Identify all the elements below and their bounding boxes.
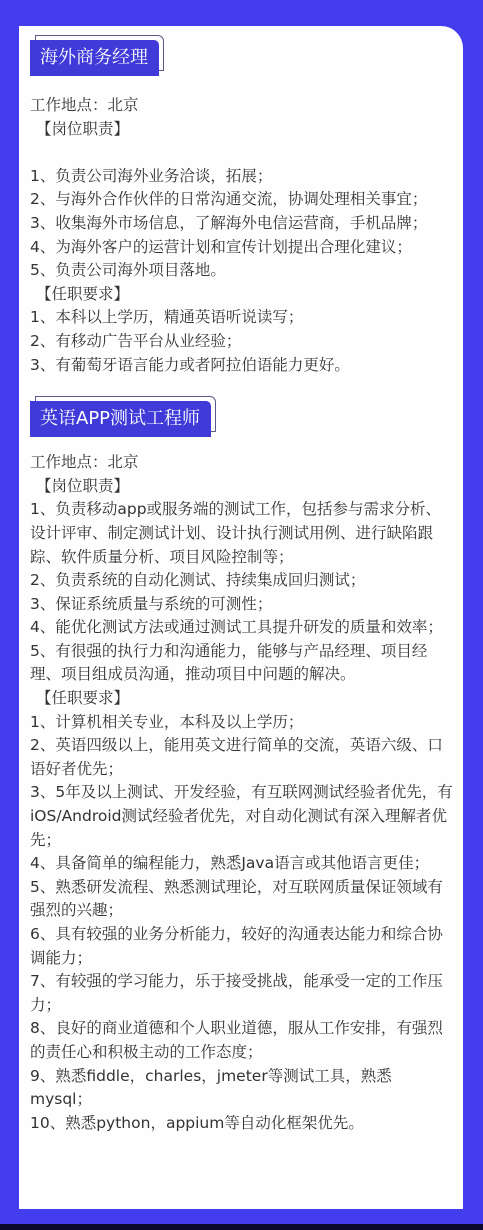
requirement-item: 4、具备简单的编程能力，熟悉Java语言或其他语言更佳； bbox=[30, 852, 453, 876]
duties-header: 【岗位职责】 bbox=[36, 475, 453, 499]
duty-item: 3、收集海外市场信息，了解海外电信运营商，手机品牌； bbox=[30, 212, 453, 236]
duty-item: 2、与海外合作伙伴的日常沟通交流，协调处理相关事宜； bbox=[30, 188, 453, 212]
duty-item: 1、负责移动app或服务端的测试工作，包括参与需求分析、设计评审、制定测试计划、… bbox=[30, 498, 453, 569]
job-description: 工作地点：北京 【岗位职责】 1、负责公司海外业务洽谈，拓展； 2、与海外合作伙… bbox=[30, 94, 453, 377]
requirements-header: 【任职要求】 bbox=[36, 283, 453, 307]
duty-item: 5、有很强的执行力和沟通能力，能够与产品经理、项目经理、项目组成员沟通，推动项目… bbox=[30, 640, 453, 687]
job-title: 海外商务经理 bbox=[30, 40, 159, 76]
job-title: 英语APP测试工程师 bbox=[30, 401, 211, 437]
bottom-edge-strip bbox=[0, 1224, 483, 1230]
location-label: 工作地点： bbox=[30, 96, 108, 114]
duty-item: 5、负责公司海外项目落地。 bbox=[30, 259, 453, 283]
duty-item: 4、为海外客户的运营计划和宣传计划提出合理化建议； bbox=[30, 236, 453, 260]
requirement-item: 3、5年及以上测试、开发经验，有互联网测试经验者优先，有iOS/Android测… bbox=[30, 781, 453, 852]
requirement-item: 7、有较强的学习能力，乐于接受挑战，能承受一定的工作压力； bbox=[30, 970, 453, 1017]
job-posting-card: 海外商务经理 工作地点：北京 【岗位职责】 1、负责公司海外业务洽谈，拓展； 2… bbox=[19, 26, 463, 1209]
job-title-badge: 英语APP测试工程师 bbox=[30, 401, 211, 437]
duty-item: 1、负责公司海外业务洽谈，拓展； bbox=[30, 165, 453, 189]
requirement-item: 6、具有较强的业务分析能力，较好的沟通表达能力和综合协调能力； bbox=[30, 923, 453, 970]
requirement-item: 1、本科以上学历，精通英语听说读写； bbox=[30, 306, 453, 330]
requirement-item: 8、良好的商业道德和个人职业道德，服从工作安排，有强烈的责任心和积极主动的工作态… bbox=[30, 1017, 453, 1064]
location-line: 工作地点：北京 bbox=[30, 94, 453, 118]
requirement-item: 10、熟悉python，appium等自动化框架优先。 bbox=[30, 1112, 453, 1136]
requirement-item: 1、计算机相关专业，本科及以上学历； bbox=[30, 711, 453, 735]
requirement-item: 9、熟悉fiddle，charles，jmeter等测试工具，熟悉mysql； bbox=[30, 1065, 453, 1112]
job-description: 工作地点：北京 【岗位职责】 1、负责移动app或服务端的测试工作，包括参与需求… bbox=[30, 451, 453, 1135]
job-section-english-app-test-engineer: 英语APP测试工程师 工作地点：北京 【岗位职责】 1、负责移动app或服务端的… bbox=[30, 399, 453, 1135]
duty-item: 3、保证系统质量与系统的可测性； bbox=[30, 593, 453, 617]
requirement-item: 3、有葡萄牙语言能力或者阿拉伯语能力更好。 bbox=[30, 354, 453, 378]
location-value: 北京 bbox=[108, 96, 139, 114]
duties-header: 【岗位职责】 bbox=[36, 118, 453, 142]
location-label: 工作地点： bbox=[30, 453, 108, 471]
location-value: 北京 bbox=[108, 453, 139, 471]
blank-line bbox=[30, 141, 453, 165]
duty-item: 4、能优化测试方法或通过测试工具提升研发的质量和效率； bbox=[30, 616, 453, 640]
job-section-overseas-bd-manager: 海外商务经理 工作地点：北京 【岗位职责】 1、负责公司海外业务洽谈，拓展； 2… bbox=[30, 38, 453, 377]
duty-item: 2、负责系统的自动化测试、持续集成回归测试； bbox=[30, 569, 453, 593]
requirement-item: 2、有移动广告平台从业经验； bbox=[30, 330, 453, 354]
requirements-header: 【任职要求】 bbox=[36, 687, 453, 711]
requirement-item: 5、熟悉研发流程、熟悉测试理论，对互联网质量保证领域有强烈的兴趣； bbox=[30, 876, 453, 923]
job-title-badge: 海外商务经理 bbox=[30, 40, 159, 76]
requirement-item: 2、英语四级以上，能用英文进行简单的交流，英语六级、口语好者优先； bbox=[30, 734, 453, 781]
location-line: 工作地点：北京 bbox=[30, 451, 453, 475]
